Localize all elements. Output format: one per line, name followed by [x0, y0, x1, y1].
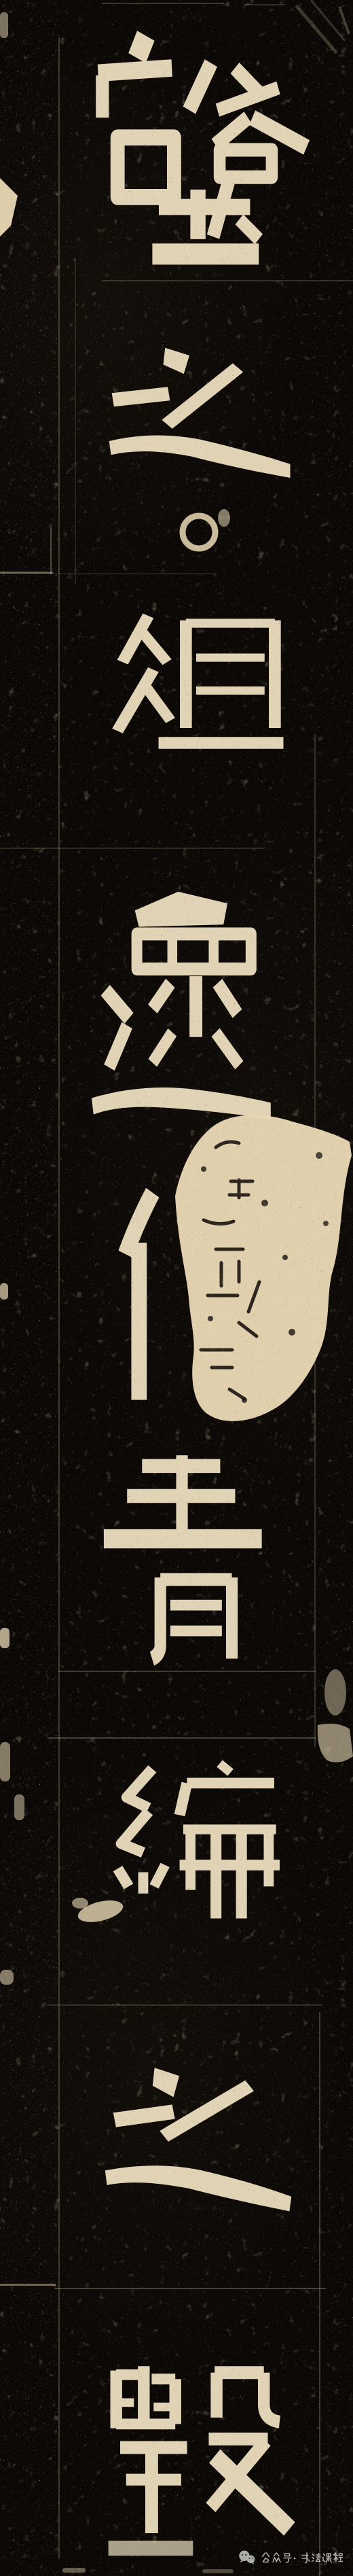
- glyph-hao: [284, 2554, 291, 2562]
- glyph-fa: [312, 2554, 321, 2562]
- glyph-cheng: [334, 2553, 343, 2562]
- wechat-icon: [238, 2549, 256, 2566]
- noise-texture-layer: [0, 0, 353, 2576]
- watermark-text-glyphs: [261, 2551, 346, 2564]
- glyph-dot-separator: [294, 2558, 296, 2560]
- glyph-ke: [323, 2554, 331, 2562]
- glyph-gong: [263, 2553, 270, 2562]
- glyph-zhong: [273, 2553, 280, 2562]
- glyph-shu: [302, 2553, 310, 2563]
- rubbing-canvas: 壑之俎遝儼青編之毀 公众号 · 书法课程: [0, 0, 353, 2576]
- watermark: [238, 2545, 349, 2570]
